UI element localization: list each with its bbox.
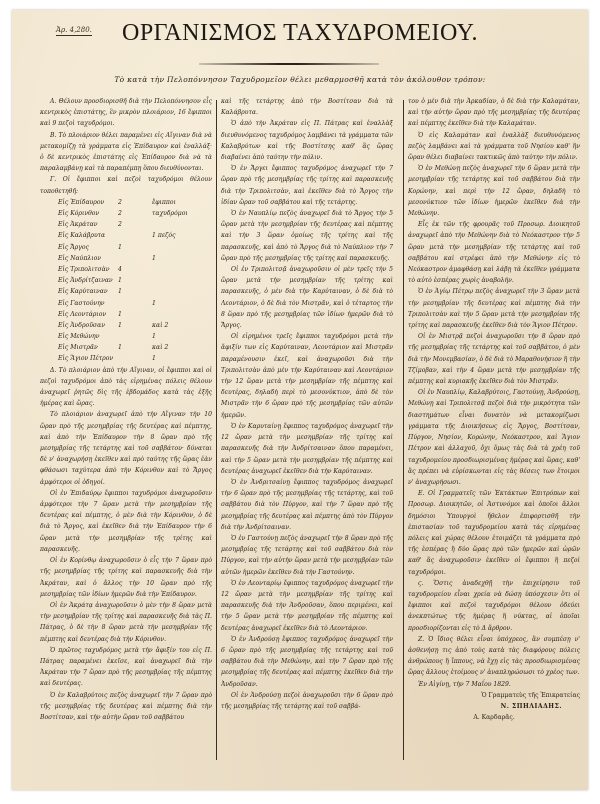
schedule-row: Εἰς Μεθώνην1 [40, 331, 212, 342]
paragraph: Ὁ ἐν Ἀνδρούσῃ ἔφιππος ταχυδρόμος ἀναχωρε… [221, 634, 393, 690]
schedule-row: Εἰς Καρύταιναν1 [40, 286, 212, 297]
signature-title: Ὁ Γραμματεὺς τῆς Ἐπικρατείας [408, 690, 580, 701]
schedule-row: Εἰς Ἅγιον Πέτρον1 [40, 353, 212, 364]
schedule-row: Εἰς Ἀνδρίτζαιναν1 [40, 275, 212, 286]
paragraph: Οἱ ἐν Ἀκράτᾳ ἀναχωροῦσιν ὁ μὲν τὴν 8 ὥρα… [40, 600, 212, 645]
paragraph: Ὁ ἐν Καλαβρύτοις πεζὸς ἀναχωρεῖ τὴν 7 ὥρ… [40, 690, 212, 724]
article-b: Β. Τὸ πλοιάριον θέλει παραμένει εἰς Αἴγι… [40, 130, 212, 175]
column-1: Α. Θέλουν προσδιορισθῆ διὰ τὴν Πελοπόννη… [40, 96, 212, 786]
paragraph: Ὁ ἀπὸ τὴν Ἀκράταν εἰς Π. Πάτρας καὶ ἐναλ… [221, 118, 393, 163]
paragraph: Ὁ ἐν Ἀνδριτσαίνῃ ἔφιππος ταχυδρόμος ἀναχ… [221, 477, 393, 533]
paragraph: Οἱ ἐν Τριπολιτσᾷ ἀναχωροῦσιν οἱ μὲν τρεῖ… [221, 264, 393, 331]
ornamental-rule [199, 63, 379, 65]
paragraph: Οἱ ἐν Μιστρᾷ πεζοὶ ἀναχωροῦσι τὴν 8 ὥραν… [408, 331, 580, 387]
paragraph: Ὁ ἐν Μεθώνῃ πεζὸς ἀναχωρεῖ τὴν 6 ὥραν με… [408, 163, 580, 219]
schedule-row: Εἰς Μιστρᾶν1καὶ 2 [40, 342, 212, 353]
paragraph: Οἱ ἐν Ναυπλίῳ, Καλαβρύτοις, Γαστούνῃ, Ἀν… [408, 387, 580, 488]
schedule-row: Εἰς Ἄργος1 [40, 242, 212, 253]
schedule-row: Εἰς Καλάβρυτα1 πεζός [40, 230, 212, 241]
article-a: Α. Θέλουν προσδιορισθῆ διὰ τὴν Πελοπόννη… [40, 96, 212, 130]
column-2: καὶ τῆς τετάρτης ἀπὸ τὴν Βοστίτσαν διὰ τ… [221, 96, 393, 786]
schedule-row: Εἰς Λεοντάριον1 [40, 309, 212, 320]
schedule-row: Εἰς Κόρινθον2 [40, 208, 212, 219]
schedule-row: Εἰς Ἀκράταν2 [40, 219, 212, 230]
article-d: Δ. Τὸ πλοιάριον ἀπὸ τὴν Αἴγιναν, οἱ ἔφιπ… [40, 365, 212, 410]
column-divider [403, 100, 404, 760]
article-st: ϛ. Ὅστις ἀναδεχθῇ τὴν ἐπιχείρησιν τοῦ τα… [408, 578, 580, 634]
paragraph: Ὁ ἐν Γαστούνῃ πεζὸς ἀναχωρεῖ τὴν 8 ὥραν … [221, 533, 393, 578]
document-title: ΟΡΓΑΝΙΣΜΟΣ ΤΑΧΥΔΡΟΜΕΙΟΥ. [12, 20, 588, 47]
schedule-row: Εἰς Γαστούνην1 [40, 298, 212, 309]
paragraph: Οἱ ἐν Ἐπιδαύρῳ ἔφιπποι ταχυδρόμοι ἀναχωρ… [40, 488, 212, 555]
paragraph: Τὸ πλοιάριον ἀναχωρεῖ ἀπὸ τὴν Αἴγιναν τὴ… [40, 409, 212, 487]
article-e: Ε. Οἱ Γραμματεῖς τῶν Ἐκτάκτων Ἐπιτρόπων … [408, 488, 580, 578]
paragraph: Οἱ εἰρημένοι τρεῖς ἔφιπποι ταχυδρόμοι με… [221, 331, 393, 421]
paragraph: Ὁ ἐν Λεονταρίῳ ἔφιππος ταχυδρόμος ἀναχωρ… [221, 578, 393, 634]
paragraph: Ὁ ἐν Καρυταίνῃ ἔφιππος ταχυδρόμος ἀναχωρ… [221, 421, 393, 477]
schedule-row: Εἰς Ναύπλιον1 [40, 253, 212, 264]
paragraph: Ὁ πρῶτος ταχυδρόμος μετὰ τὴν ἄφιξίν του … [40, 645, 212, 690]
foot-count: 1 πεζός [152, 230, 192, 241]
courier-schedule-list: Εἰς Ἐπίδαυρον2ἔφιπποι ταχυδρόμοι Εἰς Κόρ… [40, 197, 212, 365]
paragraph: Οἱ ἐν Ἀνδρούσῃ πεζοὶ ἀναχωροῦσι τὴν 6 ὥρ… [221, 690, 393, 712]
column-3: του ὁ μὲν διὰ τὴν Ἀρκαδίαν, ὁ δὲ διὰ τὴν… [408, 96, 580, 786]
document-subtitle: Τὸ κατὰ τὴν Πελοπόννησον Ταχυδρομεῖον θέ… [12, 75, 588, 84]
paragraph: του ὁ μὲν διὰ τὴν Ἀρκαδίαν, ὁ δὲ διὰ τὴν… [408, 96, 580, 130]
signature-name: Ν. ΣΠΗΛΙΑΔΗΣ. [408, 701, 580, 712]
article-g: Γ. Οἱ ἔφιπποι καὶ πεζοὶ ταχυδρόμοι θέλου… [40, 174, 212, 196]
column-divider [216, 100, 217, 760]
countersignature: Α. Καρδαρᾶς. [408, 712, 580, 723]
issue-date: Ἐν Αἰγίνῃ, τὴν 7 Μαΐου 1829. [408, 679, 580, 690]
paragraph: Ὁ εἰς Καλαμάταν καὶ ἐναλλὰξ διευθυνόμενο… [408, 130, 580, 164]
paragraph: Εἷς ἐκ τῶν τῆς φρουρᾶς τοῦ Προσωρ. Διοικ… [408, 219, 580, 286]
paragraph: Οἱ ἐν Κορίνθῳ ἀναχωροῦσιν ὁ εἷς τὴν 7 ὥρ… [40, 555, 212, 600]
paragraph: Ὁ ἐν Ἁγίῳ Πέτρῳ πεζὸς ἀναχωρεῖ τὴν 3 ὥρα… [408, 286, 580, 331]
paragraph: καὶ τῆς τετάρτης ἀπὸ τὴν Βοστίτσαν διὰ τ… [221, 96, 393, 118]
paragraph: Ὁ ἐν Ναυπλίῳ πεζὸς ἀναχωρεῖ διὰ τὸ Ἄργος… [221, 208, 393, 264]
schedule-row: Εἰς Ἀνδροῦσαν1καὶ 2 [40, 320, 212, 331]
paragraph: Ὁ ἐν Ἄργει ἔφιππος ταχυδρόμος ἀναχωρεῖ τ… [221, 163, 393, 208]
schedule-row: Εἰς Τριπολιτσὰν4 [40, 264, 212, 275]
text-columns: Α. Θέλουν προσδιορισθῆ διὰ τὴν Πελοπόννη… [40, 96, 580, 786]
document-page: Ἀρ. 4,280. ΟΡΓΑΝΙΣΜΟΣ ΤΑΧΥΔΡΟΜΕΙΟΥ. Τὸ κ… [12, 10, 588, 790]
schedule-row: Εἰς Ἐπίδαυρον2ἔφιπποι ταχυδρόμοι [40, 197, 212, 208]
article-z: Ζ. Ὁ ἴδιος θέλει εἶναι ὑπόχρεος, ἂν συμπ… [408, 634, 580, 679]
